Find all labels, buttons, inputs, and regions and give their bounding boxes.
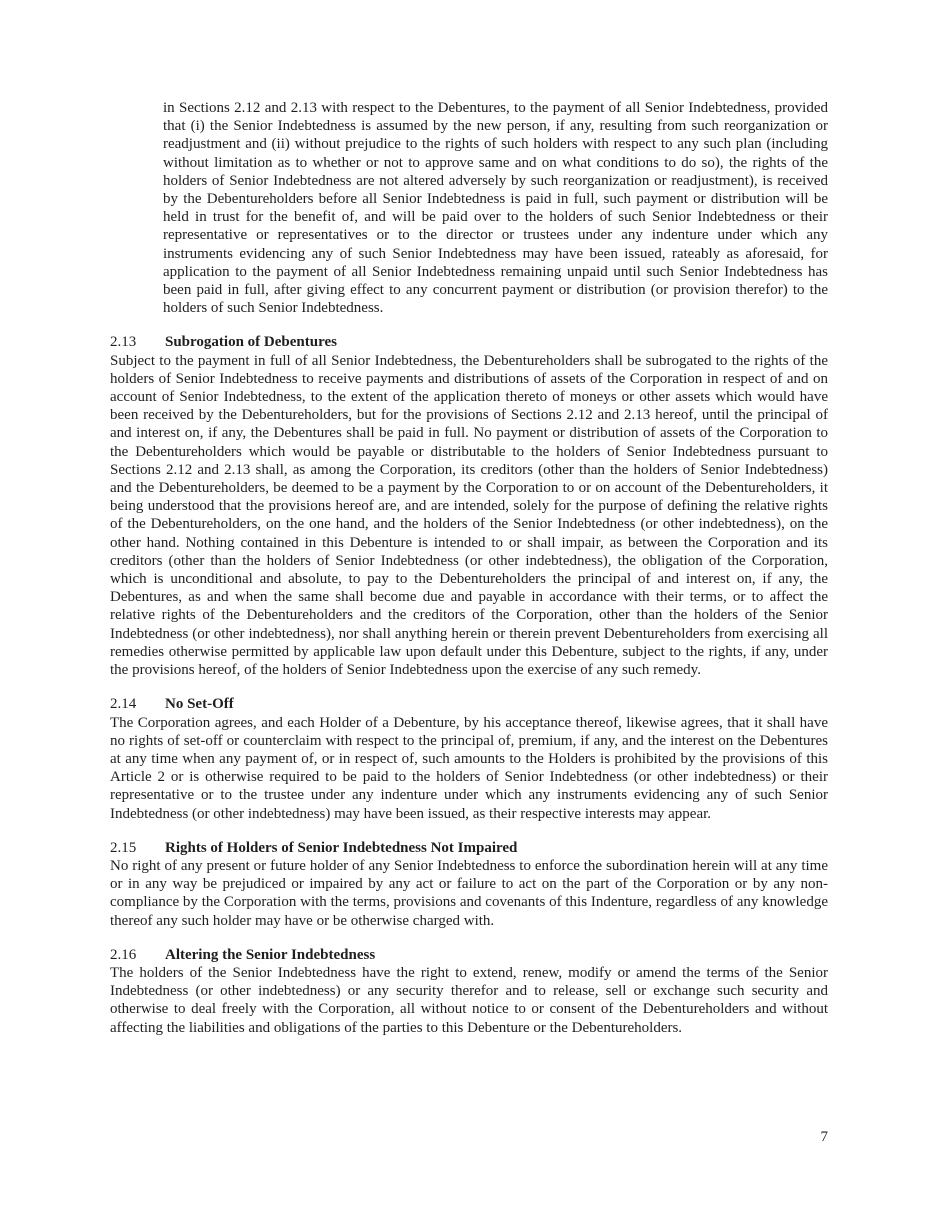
section-number: 2.16 [110, 946, 165, 964]
section-2-15-body: No right of any present or future holder… [110, 857, 828, 930]
section-2-14: 2.14No Set-Off The Corporation agrees, a… [110, 695, 828, 822]
section-2-14-heading: 2.14No Set-Off [110, 695, 828, 713]
section-2-15: 2.15Rights of Holders of Senior Indebted… [110, 839, 828, 930]
intro-continuation-paragraph: in Sections 2.12 and 2.13 with respect t… [163, 99, 828, 317]
section-2-15-heading: 2.15Rights of Holders of Senior Indebted… [110, 839, 828, 857]
document-content: in Sections 2.12 and 2.13 with respect t… [110, 99, 828, 1037]
section-title: Rights of Holders of Senior Indebtedness… [165, 840, 517, 856]
section-title: Subrogation of Debentures [165, 334, 337, 350]
section-2-16-heading: 2.16Altering the Senior Indebtedness [110, 946, 828, 964]
section-2-14-body: The Corporation agrees, and each Holder … [110, 714, 828, 823]
page-number: 7 [780, 1128, 828, 1146]
section-2-16-body: The holders of the Senior Indebtedness h… [110, 964, 828, 1037]
section-2-13: 2.13Subrogation of Debentures Subject to… [110, 333, 828, 679]
section-number: 2.15 [110, 839, 165, 857]
section-2-13-heading: 2.13Subrogation of Debentures [110, 333, 828, 351]
section-number: 2.14 [110, 695, 165, 713]
section-2-16: 2.16Altering the Senior Indebtedness The… [110, 946, 828, 1037]
document-page: in Sections 2.12 and 2.13 with respect t… [0, 0, 934, 1208]
section-title: No Set-Off [165, 696, 234, 712]
section-title: Altering the Senior Indebtedness [165, 947, 375, 963]
section-2-13-body: Subject to the payment in full of all Se… [110, 352, 828, 680]
section-number: 2.13 [110, 333, 165, 351]
